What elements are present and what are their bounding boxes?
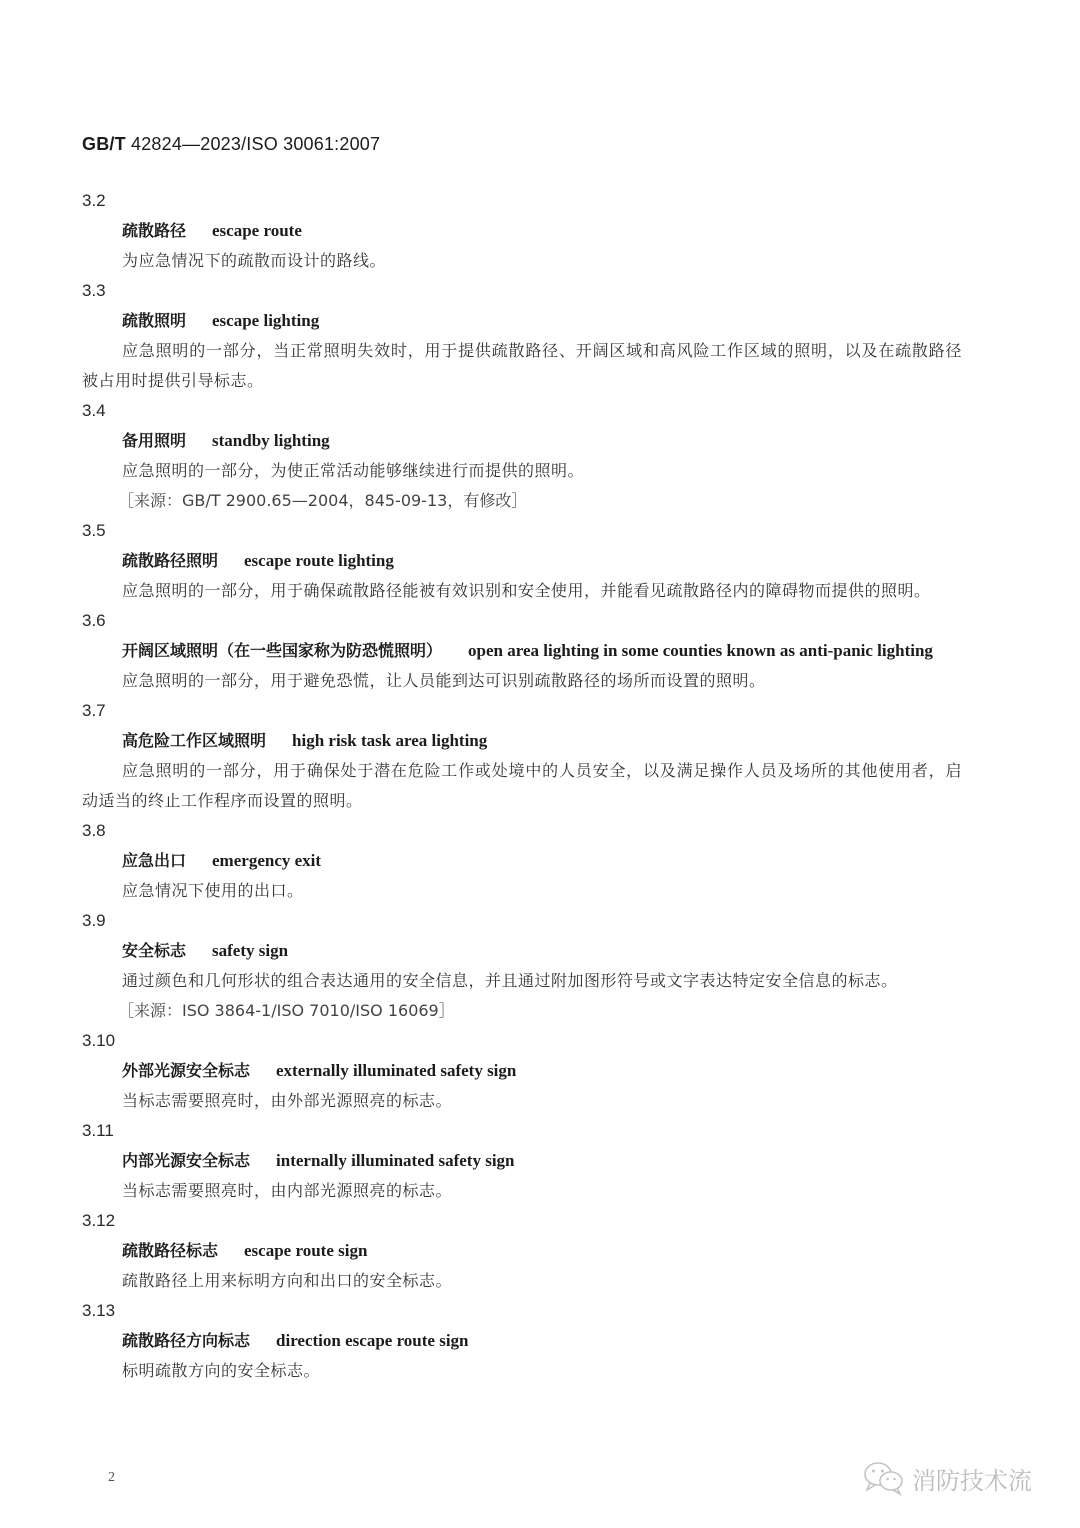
terms-definitions: 3.2 疏散路径escape route 为应急情况下的疏散而设计的路线。 3.… xyxy=(82,186,962,1386)
term-zh: 疏散路径 xyxy=(122,221,186,240)
term-en: safety sign xyxy=(212,941,288,960)
definition: 当标志需要照亮时，由外部光源照亮的标志。 xyxy=(82,1086,962,1116)
watermark: 消防技术流 xyxy=(862,1460,1032,1496)
definition: 标明疏散方向的安全标志。 xyxy=(82,1356,962,1386)
term-zh: 备用照明 xyxy=(122,431,186,450)
term-heading: 疏散路径方向标志direction escape route sign xyxy=(82,1326,962,1356)
term-zh: 疏散路径方向标志 xyxy=(122,1331,250,1350)
clause-number: 3.13 xyxy=(82,1296,962,1326)
term-en: escape route sign xyxy=(244,1241,367,1260)
term-en: standby lighting xyxy=(212,431,330,450)
scan-artifact xyxy=(480,98,600,104)
standard-header: GB/T 42824—2023/ISO 30061:2007 xyxy=(82,134,380,155)
term-zh: 疏散照明 xyxy=(122,311,186,330)
clause-3-6: 3.6 开阔区域照明（在一些国家称为防恐慌照明）open area lighti… xyxy=(82,606,962,696)
clause-number: 3.4 xyxy=(82,396,962,426)
term-zh: 疏散路径标志 xyxy=(122,1241,218,1260)
term-en: escape route lighting xyxy=(244,551,394,570)
clause-number: 3.10 xyxy=(82,1026,962,1056)
term-heading: 疏散照明escape lighting xyxy=(82,306,962,336)
term-heading: 高危险工作区域照明high risk task area lighting xyxy=(82,726,962,756)
clause-number: 3.9 xyxy=(82,906,962,936)
term-heading: 外部光源安全标志externally illuminated safety si… xyxy=(82,1056,962,1086)
clause-3-12: 3.12 疏散路径标志escape route sign 疏散路径上用来标明方向… xyxy=(82,1206,962,1296)
clause-3-9: 3.9 安全标志safety sign 通过颜色和几何形状的组合表达通用的安全信… xyxy=(82,906,962,1026)
term-en: open area lighting in some counties know… xyxy=(468,641,933,660)
term-heading: 疏散路径标志escape route sign xyxy=(82,1236,962,1266)
term-zh: 开阔区域照明（在一些国家称为防恐慌照明） xyxy=(122,641,442,660)
definition: 应急照明的一部分，为使正常活动能够继续进行而提供的照明。 xyxy=(82,456,962,486)
clause-number: 3.3 xyxy=(82,276,962,306)
standard-prefix: GB/T xyxy=(82,134,126,154)
term-en: high risk task area lighting xyxy=(292,731,487,750)
clause-3-3: 3.3 疏散照明escape lighting 应急照明的一部分，当正常照明失效… xyxy=(82,276,962,396)
term-zh: 内部光源安全标志 xyxy=(122,1151,250,1170)
definition: 应急照明的一部分，用于确保处于潜在危险工作或处境中的人员安全，以及满足操作人员及… xyxy=(82,756,962,816)
clause-number: 3.6 xyxy=(82,606,962,636)
clause-number: 3.7 xyxy=(82,696,962,726)
clause-3-7: 3.7 高危险工作区域照明high risk task area lightin… xyxy=(82,696,962,816)
definition: 为应急情况下的疏散而设计的路线。 xyxy=(82,246,962,276)
definition: 应急照明的一部分，用于避免恐慌，让人员能到达可识别疏散路径的场所而设置的照明。 xyxy=(82,666,962,696)
term-en: externally illuminated safety sign xyxy=(276,1061,516,1080)
term-zh: 高危险工作区域照明 xyxy=(122,731,266,750)
watermark-text: 消防技术流 xyxy=(912,1461,1032,1496)
term-heading: 应急出口emergency exit xyxy=(82,846,962,876)
definition: 应急照明的一部分，用于确保疏散路径能被有效识别和安全使用，并能看见疏散路径内的障… xyxy=(82,576,962,606)
clause-3-8: 3.8 应急出口emergency exit 应急情况下使用的出口。 xyxy=(82,816,962,906)
term-heading: 开阔区域照明（在一些国家称为防恐慌照明）open area lighting i… xyxy=(82,636,962,666)
clause-3-11: 3.11 内部光源安全标志internally illuminated safe… xyxy=(82,1116,962,1206)
definition: 应急情况下使用的出口。 xyxy=(82,876,962,906)
term-zh: 疏散路径照明 xyxy=(122,551,218,570)
clause-number: 3.5 xyxy=(82,516,962,546)
clause-3-4: 3.4 备用照明standby lighting 应急照明的一部分，为使正常活动… xyxy=(82,396,962,516)
source-citation: ［来源：ISO 3864-1/ISO 7010/ISO 16069］ xyxy=(82,996,962,1026)
clause-3-2: 3.2 疏散路径escape route 为应急情况下的疏散而设计的路线。 xyxy=(82,186,962,276)
wechat-icon xyxy=(862,1460,906,1496)
term-heading: 内部光源安全标志internally illuminated safety si… xyxy=(82,1146,962,1176)
term-en: escape route xyxy=(212,221,302,240)
term-en: escape lighting xyxy=(212,311,319,330)
page-number: 2 xyxy=(108,1470,115,1486)
clause-3-5: 3.5 疏散路径照明escape route lighting 应急照明的一部分… xyxy=(82,516,962,606)
clause-3-13: 3.13 疏散路径方向标志direction escape route sign… xyxy=(82,1296,962,1386)
definition: 通过颜色和几何形状的组合表达通用的安全信息，并且通过附加图形符号或文字表达特定安… xyxy=(82,966,962,996)
standard-number: 42824—2023/ISO 30061:2007 xyxy=(131,134,380,154)
clause-number: 3.2 xyxy=(82,186,962,216)
term-heading: 疏散路径escape route xyxy=(82,216,962,246)
term-heading: 安全标志safety sign xyxy=(82,936,962,966)
definition: 应急照明的一部分，当正常照明失效时，用于提供疏散路径、开阔区域和高风险工作区域的… xyxy=(82,336,962,396)
clause-number: 3.8 xyxy=(82,816,962,846)
term-en: emergency exit xyxy=(212,851,321,870)
term-en: direction escape route sign xyxy=(276,1331,469,1350)
term-heading: 备用照明standby lighting xyxy=(82,426,962,456)
term-en: internally illuminated safety sign xyxy=(276,1151,514,1170)
clause-number: 3.11 xyxy=(82,1116,962,1146)
term-zh: 安全标志 xyxy=(122,941,186,960)
term-heading: 疏散路径照明escape route lighting xyxy=(82,546,962,576)
definition: 当标志需要照亮时，由内部光源照亮的标志。 xyxy=(82,1176,962,1206)
clause-number: 3.12 xyxy=(82,1206,962,1236)
clause-3-10: 3.10 外部光源安全标志externally illuminated safe… xyxy=(82,1026,962,1116)
source-citation: ［来源：GB/T 2900.65—2004，845-09-13，有修改］ xyxy=(82,486,962,516)
term-zh: 外部光源安全标志 xyxy=(122,1061,250,1080)
definition: 疏散路径上用来标明方向和出口的安全标志。 xyxy=(82,1266,962,1296)
term-zh: 应急出口 xyxy=(122,851,186,870)
